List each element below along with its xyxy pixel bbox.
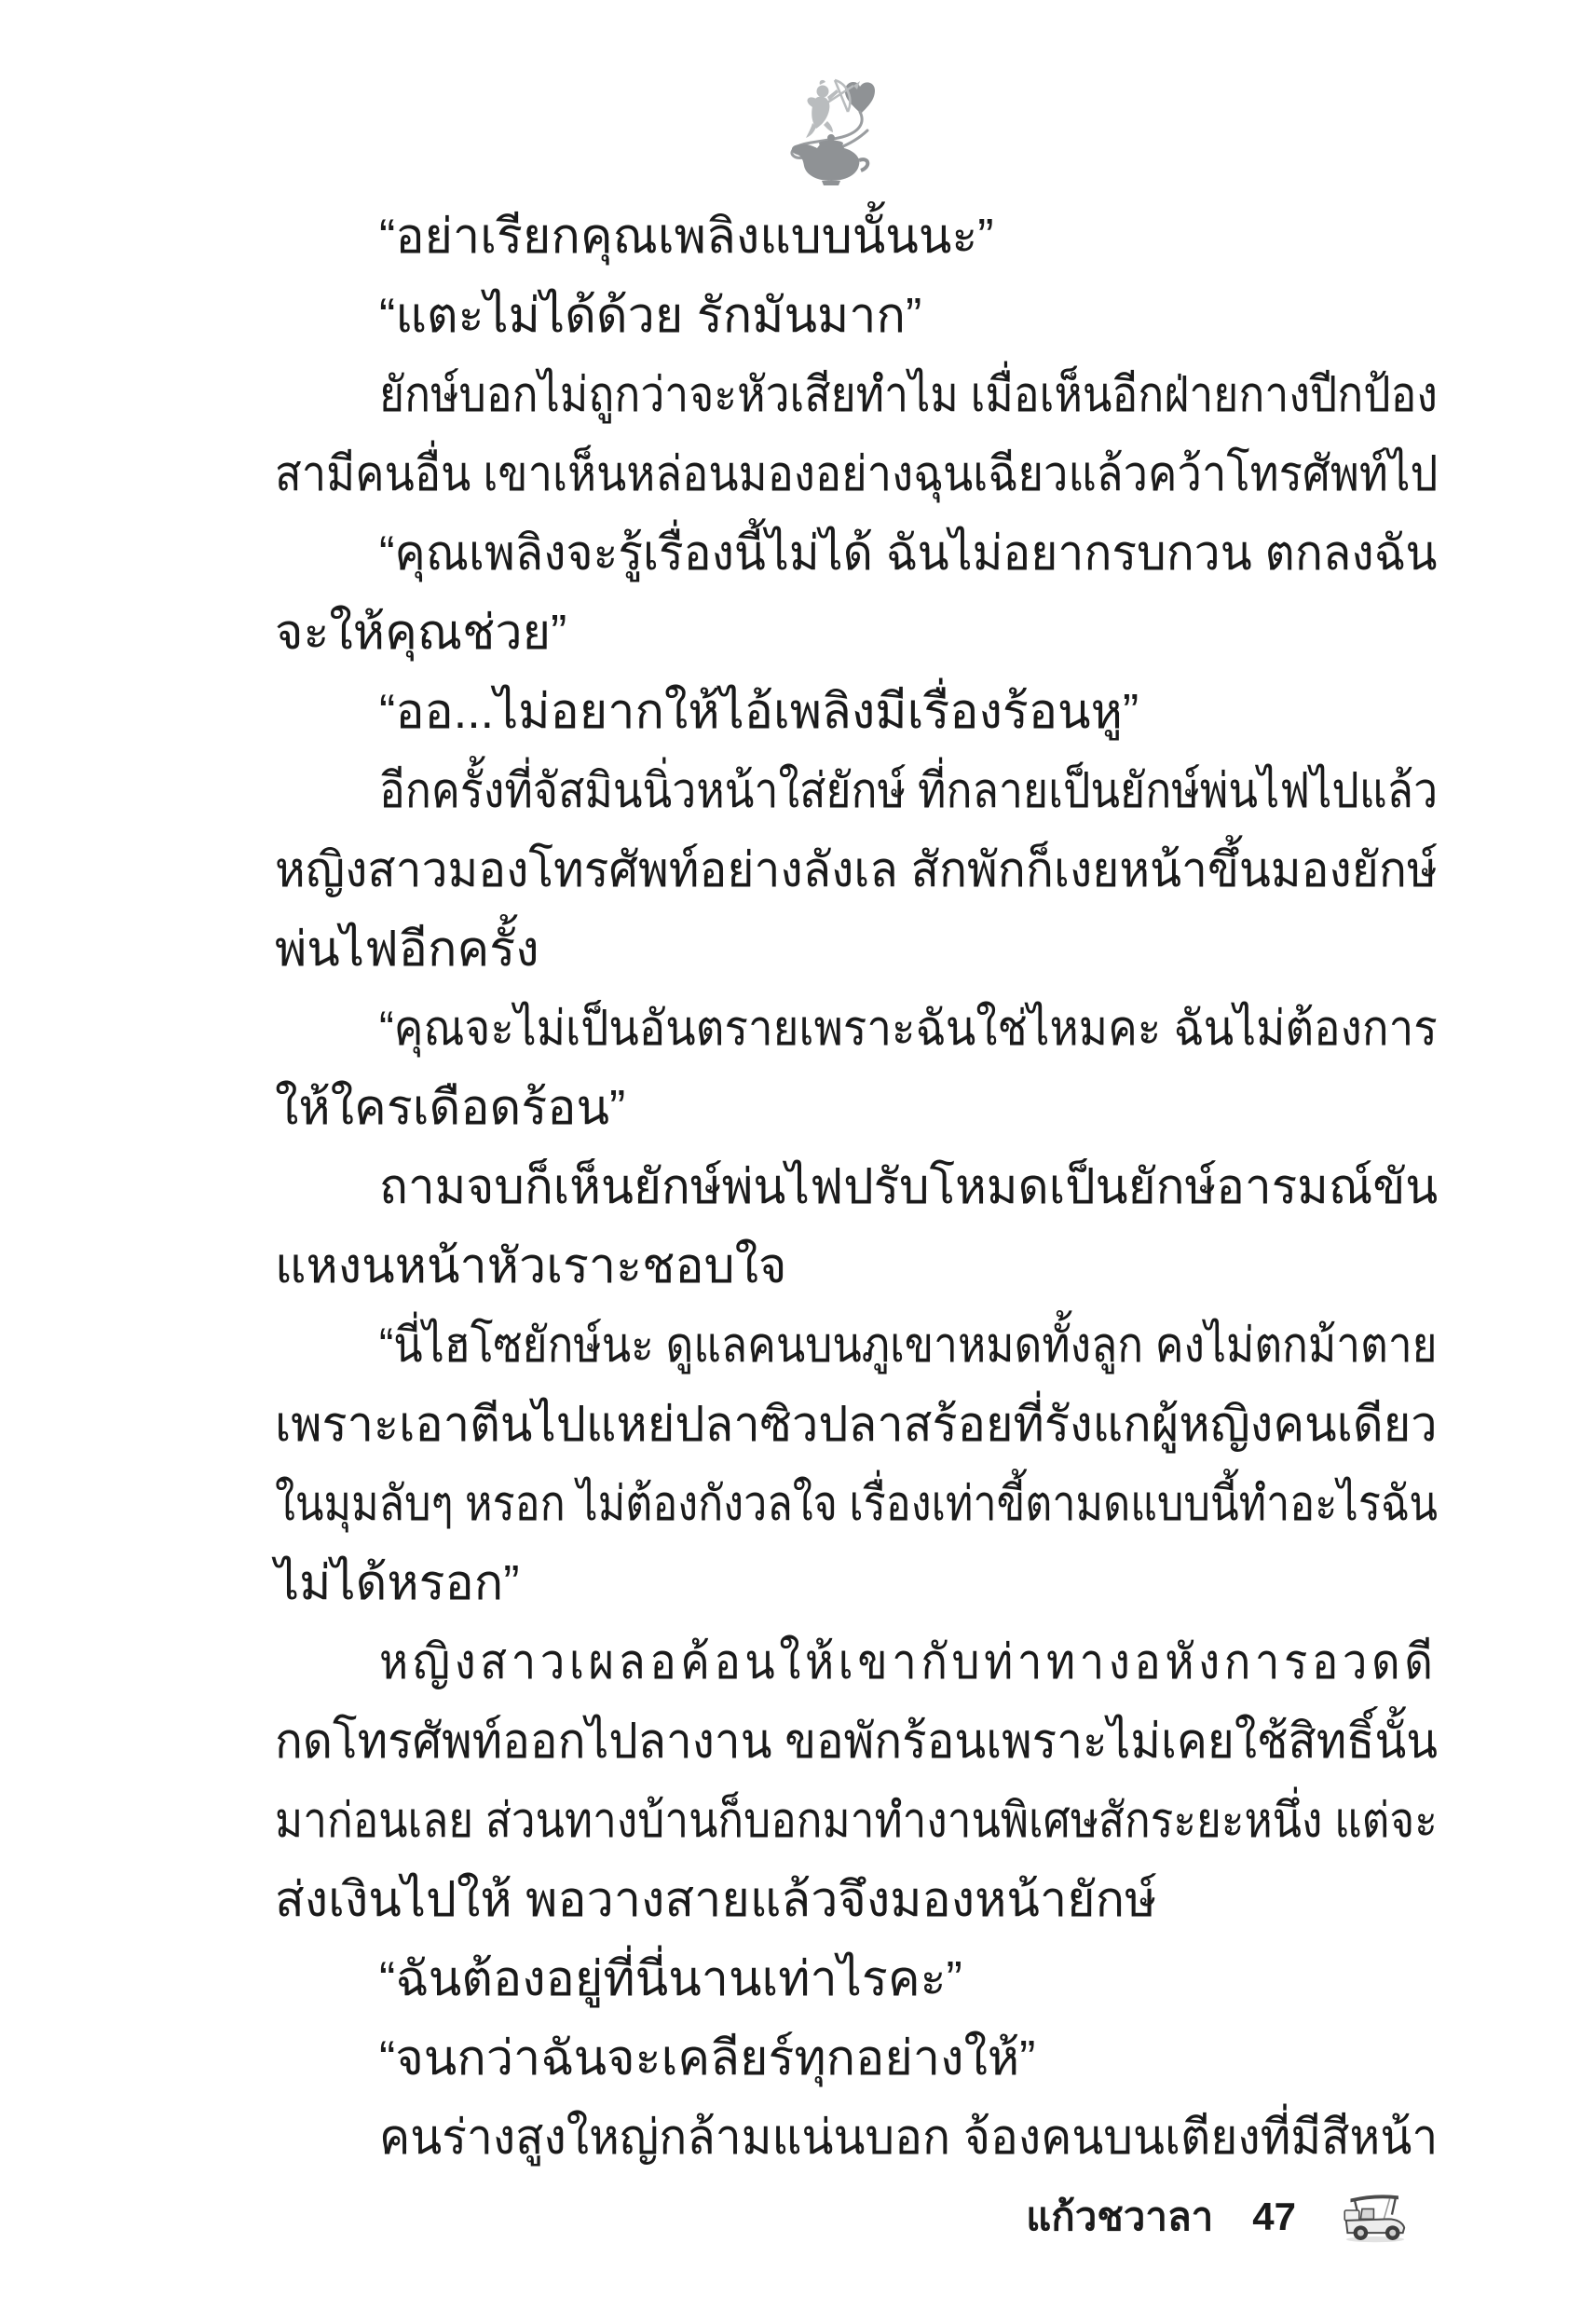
text-line: “ฉันต้องอยู่ที่นี่นานเท่าไรคะ” (379, 1940, 1438, 2019)
text-line: กดโทรศัพท์ออกไปลางาน ขอพักร้อนเพราะไม่เค… (275, 1702, 1380, 1782)
text-line: สามีคนอื่น เขาเห็นหล่อนมองอย่างฉุนเฉียวแ… (275, 435, 1327, 514)
text-line: ในมุมลับๆ หรอก ไม่ต้องกังวลใจ เรื่องเท่า… (275, 1465, 1277, 1544)
page-body-text: “อย่าเรียกคุณเพลิงแบบนั้นนะ”“แตะไม่ได้ด้… (275, 198, 1438, 2178)
text-line: แหงนหน้าหัวเราะชอบใจ (275, 1227, 1438, 1306)
text-line: จะให้คุณช่วย” (275, 594, 1438, 673)
text-line: หญิงสาวมองโทรศัพท์อย่างลังเล สักพักก็เงย… (275, 831, 1386, 910)
golf-cart-icon (1339, 2190, 1412, 2244)
page-number: 47 (1252, 2195, 1296, 2239)
text-line: ถามจบก็เห็นยักษ์พ่นไฟปรับโหมดเป็นยักษ์อา… (379, 1148, 1420, 1227)
text-line: “ออ...ไม่อยากให้ไอ้เพลิงมีเรื่องร้อนหู” (379, 673, 1438, 752)
book-title: แก้วชวาลา (1026, 2186, 1213, 2248)
text-line: อีกครั้งที่จัสมินนิ่วหน้าใส่ยักษ์ ที่กลา… (379, 752, 1322, 831)
text-line: ให้ใครเดือดร้อน” (275, 1069, 1438, 1148)
text-line: หญิงสาวเผลอค้อนให้เขากับท่าทางอหังการอวด… (379, 1623, 1342, 1702)
text-line: ส่งเงินไปให้ พอวางสายแล้วจึงมองหน้ายักษ์ (275, 1861, 1438, 1940)
text-line: เพราะเอาตีนไปแหย่ปลาซิวปลาสร้อยที่รังแกผ… (275, 1386, 1404, 1465)
text-line: “อย่าเรียกคุณเพลิงแบบนั้นนะ” (379, 198, 1438, 277)
text-line: “คุณเพลิงจะรู้เรื่องนี้ไม่ได้ ฉันไม่อยาก… (379, 514, 1391, 594)
text-line: “นี่ไฮโซยักษ์นะ ดูแลคนบนภูเขาหมดทั้งลูก … (379, 1306, 1314, 1386)
text-line: คนร่างสูงใหญ่กล้ามแน่นบอก จ้องคนบนเตียงท… (379, 2099, 1391, 2178)
book-page: “อย่าเรียกคุณเพลิงแบบนั้นนะ”“แตะไม่ได้ด้… (0, 0, 1596, 2311)
text-line: มาก่อนเลย ส่วนทางบ้านก็บอกมาทำงานพิเศษสั… (275, 1782, 1300, 1861)
cupid-genie-lamp-ornament (779, 71, 883, 186)
page-footer: แก้วชวาลา 47 (1026, 2186, 1412, 2248)
text-line: “คุณจะไม่เป็นอันตรายเพราะฉันใช่ไหมคะ ฉัน… (379, 990, 1345, 1069)
text-line: “แตะไม่ได้ด้วย รักมันมาก” (379, 277, 1438, 356)
text-line: ยักษ์บอกไม่ถูกว่าจะหัวเสียทำไม เมื่อเห็น… (379, 356, 1320, 435)
text-line: “จนกว่าฉันจะเคลียร์ทุกอย่างให้” (379, 2019, 1438, 2099)
text-line: พ่นไฟอีกครั้ง (275, 910, 1438, 990)
text-line: ไม่ได้หรอก” (275, 1544, 1438, 1623)
